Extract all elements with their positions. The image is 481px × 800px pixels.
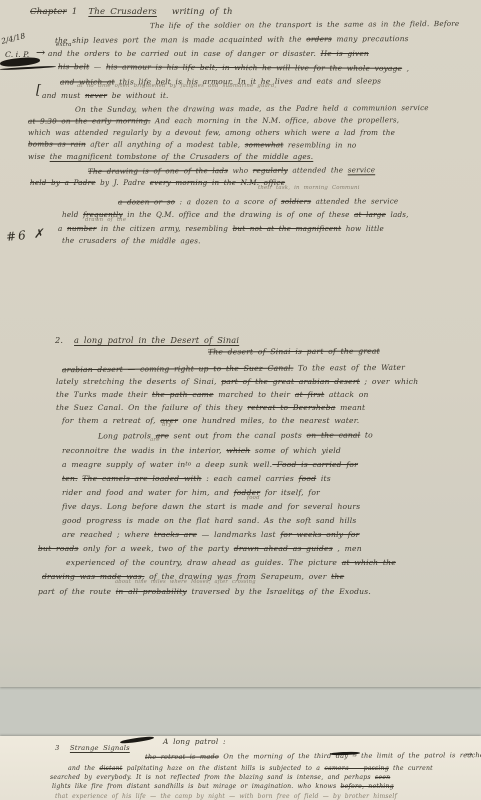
handwritten-line: which was attended regularly by a devout…: [28, 129, 395, 136]
handwritten-run: its: [316, 474, 331, 483]
handwritten-run: ,: [402, 64, 409, 73]
handwritten-run: lads,: [386, 210, 409, 219]
handwritten-line: and the distant palpitating haze on the …: [68, 766, 433, 772]
handwritten-line: searched by everybody. It is not reflect…: [50, 775, 390, 781]
handwritten-run: never: [85, 91, 107, 100]
handwritten-run: meant: [336, 403, 366, 412]
handwritten-run: at first: [295, 390, 324, 399]
handwritten-run: number: [67, 224, 97, 233]
handwritten-run: the Suez Canal.: [56, 403, 123, 412]
handwritten-line: at 9.30 on the early morning. And each m…: [28, 116, 399, 124]
handwritten-run: rider and food and water for him, and: [62, 488, 234, 497]
handwritten-run: the: [331, 572, 344, 581]
handwritten-run: which was attended regularly by a devout…: [28, 128, 395, 137]
handwritten-run: held: [62, 210, 83, 219]
handwritten-run: at large: [354, 210, 386, 219]
handwritten-run: at which the: [342, 558, 396, 567]
handwritten-run: his belt: [58, 62, 89, 71]
handwritten-run: attended the: [288, 165, 348, 174]
handwritten-run: but not at the magnificent: [233, 224, 342, 233]
handwritten-run: the magnificent tombstone of the Crusade…: [50, 152, 314, 161]
handwritten-run: at no time: [77, 83, 111, 89]
handwritten-run: — landmarks last: [197, 530, 280, 539]
handwritten-run: traversed by the Israelites of the Exodu…: [187, 587, 371, 596]
section-1-side-note: writing of th: [172, 7, 233, 17]
handwritten-run: are: [150, 437, 160, 443]
handwritten-run: food: [247, 495, 260, 501]
handwritten-run: which: [226, 446, 250, 455]
handwritten-line: On the Sunday, when the drawing was made…: [75, 104, 429, 113]
section-3-side-note: A long patrol :: [163, 738, 226, 745]
handwritten-line: dry: [162, 423, 172, 428]
handwritten-line: rider and food and water for him, and fo…: [62, 489, 320, 497]
handwritten-line: his belt — his armour is his life belt, …: [58, 63, 409, 72]
handwritten-line: about nine miles where Moses, after cros…: [115, 580, 256, 585]
handwritten-run: orders: [306, 34, 332, 43]
handwritten-run: held by a Padre: [30, 178, 96, 187]
handwritten-run: The camels are loaded with: [82, 474, 201, 483]
handwritten-line: are reached ; where tracks are — landmar…: [62, 531, 359, 539]
handwritten-run: food: [299, 474, 317, 483]
handwritten-run: at 9.30 on the early morning.: [28, 116, 151, 125]
handwritten-run: On the Sunday, when the drawing was made…: [75, 103, 429, 114]
section-1-title: The Crusaders: [88, 7, 157, 17]
handwritten-run: soldiers: [281, 197, 311, 206]
handwritten-run: camera — passing: [324, 765, 389, 772]
handwritten-run: how little: [341, 224, 384, 233]
handwritten-run: one hundred miles, to the nearest water.: [178, 416, 359, 425]
handwritten-run: some of which yield: [250, 446, 341, 455]
handwritten-line: bombs as rain after all anything of a mo…: [28, 140, 356, 148]
margin-arrow-icon: →: [36, 46, 45, 59]
handwritten-line: The desert of Sinai is part of the great: [208, 348, 380, 356]
handwritten-run: by J. Padre: [96, 178, 150, 187]
section-2-title: a long patrol in the Desert of Sinai: [74, 335, 239, 345]
handwritten-run: good progress is made on the flat hard s…: [62, 516, 357, 525]
handwritten-run: morning Communi: [300, 185, 360, 191]
handwritten-run: bombs as rain: [28, 139, 86, 148]
handwritten-run: The picture: [284, 558, 342, 567]
handwritten-run: lately stretching the deserts of Sinai,: [56, 377, 221, 386]
handwritten-run: , men: [333, 544, 362, 553]
handwritten-line: drawn of the: [85, 218, 126, 223]
handwritten-run: are reached ; where: [62, 530, 154, 539]
handwritten-run: the ship leaves port the man is made acq…: [55, 35, 306, 45]
handwritten-run: resembling in no: [283, 140, 356, 149]
handwritten-run: on the canal: [307, 431, 361, 440]
handwritten-run: a meagre supply of water in: [62, 460, 185, 469]
handwritten-run: that experience of his life — the camp b…: [55, 793, 397, 800]
handwritten-line: and the orders to be carried out in case…: [48, 50, 369, 57]
handwritten-run: the current: [389, 765, 433, 772]
section-3-number: 3: [55, 744, 60, 752]
handwritten-line: their task, in morning Communi: [258, 186, 360, 191]
handwritten-line: and must never be without it.: [42, 92, 169, 99]
handwritten-line: a meagre supply of water into a deep sun…: [62, 461, 358, 469]
handwritten-run: for itself, for: [260, 488, 320, 497]
handwritten-run: And each morning in the N.M. office, abo…: [150, 115, 399, 125]
handwritten-line: The drawing is of one of the lads who re…: [88, 166, 375, 175]
handwritten-run: —: [89, 62, 106, 71]
handwritten-line: a dozen or so : a dozen to a score of so…: [118, 198, 398, 206]
handwritten-run: : each camel carries: [202, 474, 299, 483]
handwritten-run: the crusaders of the middle ages.: [62, 236, 201, 245]
handwritten-line: reconnoitre the wadis in the interior, w…: [62, 447, 341, 455]
handwritten-line: but roads only for a week, two of the pa…: [38, 545, 362, 553]
section-3-heading: 3 Strange Signals: [55, 745, 130, 752]
handwritten-line: are: [150, 438, 160, 443]
handwritten-run: who: [228, 166, 253, 175]
handwritten-run: distant: [99, 765, 122, 772]
handwritten-run: Long patrols: [98, 431, 156, 440]
handwritten-run: the Turks made their: [56, 390, 152, 399]
handwritten-run: ; over which: [360, 377, 418, 386]
handwritten-run: for weeks only for: [280, 530, 359, 539]
handwritten-line: wise the magnificent tombstone of the Cr…: [28, 153, 313, 160]
handwritten-run: seen: [375, 774, 390, 781]
handwritten-run: On the failure of this they: [123, 403, 247, 412]
section-3-title: Strange Signals: [70, 744, 130, 752]
section-2-heading: 2. a long patrol in the Desert of Sinai: [55, 336, 239, 344]
handwritten-run: and the: [68, 765, 99, 772]
handwritten-line: food: [247, 496, 260, 501]
handwritten-run: arabian desert — coming right up to the …: [62, 364, 293, 375]
handwritten-run: attack on: [324, 390, 368, 399]
handwritten-line: five days. Long before dawn the start is…: [62, 503, 360, 511]
handwritten-run: part of the route: [38, 587, 116, 596]
handwritten-run: often brightened by fatigues and submari…: [111, 83, 277, 89]
handwritten-run: five days. Long before dawn the start is…: [62, 502, 360, 511]
handwritten-line: a number in the citizen army, resembling…: [58, 225, 384, 232]
manuscript-photo: Chapter 1 The Crusaders writing of th 2.…: [0, 0, 481, 800]
handwritten-run: attended the service: [311, 197, 398, 206]
handwritten-run: regularly: [253, 166, 288, 175]
handwritten-run: The desert of Sinai is part of the great: [208, 347, 380, 357]
handwritten-run: drawn ahead as guides: [234, 544, 333, 553]
handwritten-line: The life of the soldier on the transport…: [150, 20, 459, 29]
handwritten-line: held by a Padre by J. Padre every mornin…: [30, 179, 285, 186]
handwritten-run: experienced of the country, draw ahead a…: [66, 558, 284, 567]
handwritten-run: about nine miles where Moses, after cros…: [115, 579, 256, 585]
section-1-number: 1: [72, 7, 78, 17]
handwritten-run: for them a retreat of,: [62, 416, 160, 425]
handwritten-run: sent out from the canal posts: [169, 431, 307, 440]
handwritten-run: ten.: [62, 474, 78, 483]
handwritten-run: be without it.: [107, 91, 168, 100]
handwritten-run: lights like fire from distant sandhills …: [52, 783, 341, 790]
handwritten-run: after all anything of a modest table,: [86, 140, 245, 150]
section-1-heading-struck-word: Chapter: [30, 7, 67, 17]
handwritten-run: He is given: [321, 49, 369, 58]
handwritten-run: before, nothing: [341, 783, 394, 790]
handwritten-run: and must: [42, 91, 85, 100]
section-1-heading: Chapter 1 The Crusaders writing of th: [30, 8, 233, 17]
handwritten-run: Food is carried for: [272, 460, 358, 469]
handwritten-line: the ship leaves port the man is made acq…: [55, 35, 409, 44]
handwritten-run: : a dozen to a score of: [175, 197, 281, 206]
handwritten-run: in all probability: [116, 587, 187, 596]
handwritten-run: the retreat is made: [145, 753, 219, 761]
handwritten-run: in the Q.M. office and the drawing is of…: [123, 210, 354, 219]
handwritten-run: To the east of the Water: [293, 363, 405, 373]
handwritten-run: The drawing is of one of the lads: [88, 166, 228, 176]
handwritten-run: only for a week, two of the party: [79, 544, 234, 553]
handwritten-line: that experience of his life — the camp b…: [55, 794, 397, 800]
handwritten-line: experienced of the country, draw ahead a…: [66, 559, 396, 567]
handwritten-run: a deep sunk well.: [191, 460, 272, 469]
handwritten-run: retreat to Beersheba: [247, 403, 335, 412]
handwritten-line: the Suez Canal. On the failure of this t…: [56, 404, 365, 412]
handwritten-line: the crusaders of the middle ages.: [62, 237, 201, 245]
handwritten-run: reconnoitre the wadis in the interior,: [62, 446, 226, 455]
handwritten-run: many precautions: [332, 34, 409, 43]
handwritten-run: palpitating haze on the distant hills is…: [122, 765, 324, 772]
handwritten-line: Long patrols are sent out from the canal…: [98, 432, 373, 441]
handwritten-run: their task, in: [258, 185, 300, 191]
handwritten-line: ten. The camels are loaded with : each c…: [62, 475, 331, 483]
handwritten-line: for them a retreat of, over one hundred …: [62, 417, 359, 425]
handwritten-run: part of the great arabian desert: [221, 377, 360, 386]
handwritten-line: part of the route in all probability tra…: [38, 588, 371, 596]
handwritten-line: lights like fire from distant sandhills …: [52, 784, 394, 790]
handwritten-run: service: [348, 165, 375, 174]
handwritten-run: somewhat: [245, 140, 284, 149]
handwritten-run: and the orders to be carried out in case…: [48, 49, 321, 58]
handwritten-run: dry: [162, 422, 172, 428]
margin-bracket: [: [36, 83, 41, 98]
handwritten-run: searched by everybody. It is not reflect…: [50, 774, 375, 781]
handwritten-run: to: [360, 431, 373, 440]
handwritten-run: but roads: [38, 544, 79, 553]
handwritten-run: the limit of the patrol is reached: [357, 751, 481, 760]
handwritten-run: drawn of the: [85, 217, 126, 223]
handwritten-run: a dozen or so: [118, 197, 175, 206]
handwritten-run: his armour is his life belt, in which he…: [106, 62, 402, 73]
handwritten-run: tracks are: [154, 530, 197, 539]
handwritten-run: marched to their: [214, 390, 295, 399]
handwritten-line: good progress is made on the flat hard s…: [62, 517, 357, 525]
handwritten-run: the path came: [152, 390, 214, 399]
handwritten-line: at no time often brightened by fatigues …: [77, 84, 276, 89]
handwritten-run: in the citizen army, resembling: [97, 224, 233, 233]
handwritten-line: the Turks made their the path came march…: [56, 391, 369, 399]
handwritten-line: the retreat is made On the morning of th…: [145, 752, 481, 760]
handwritten-line: lately stretching the deserts of Sinai, …: [56, 378, 418, 386]
handwritten-run: a: [58, 224, 67, 233]
section-2-number: 2.: [55, 335, 63, 345]
handwritten-run: wise: [28, 152, 50, 161]
